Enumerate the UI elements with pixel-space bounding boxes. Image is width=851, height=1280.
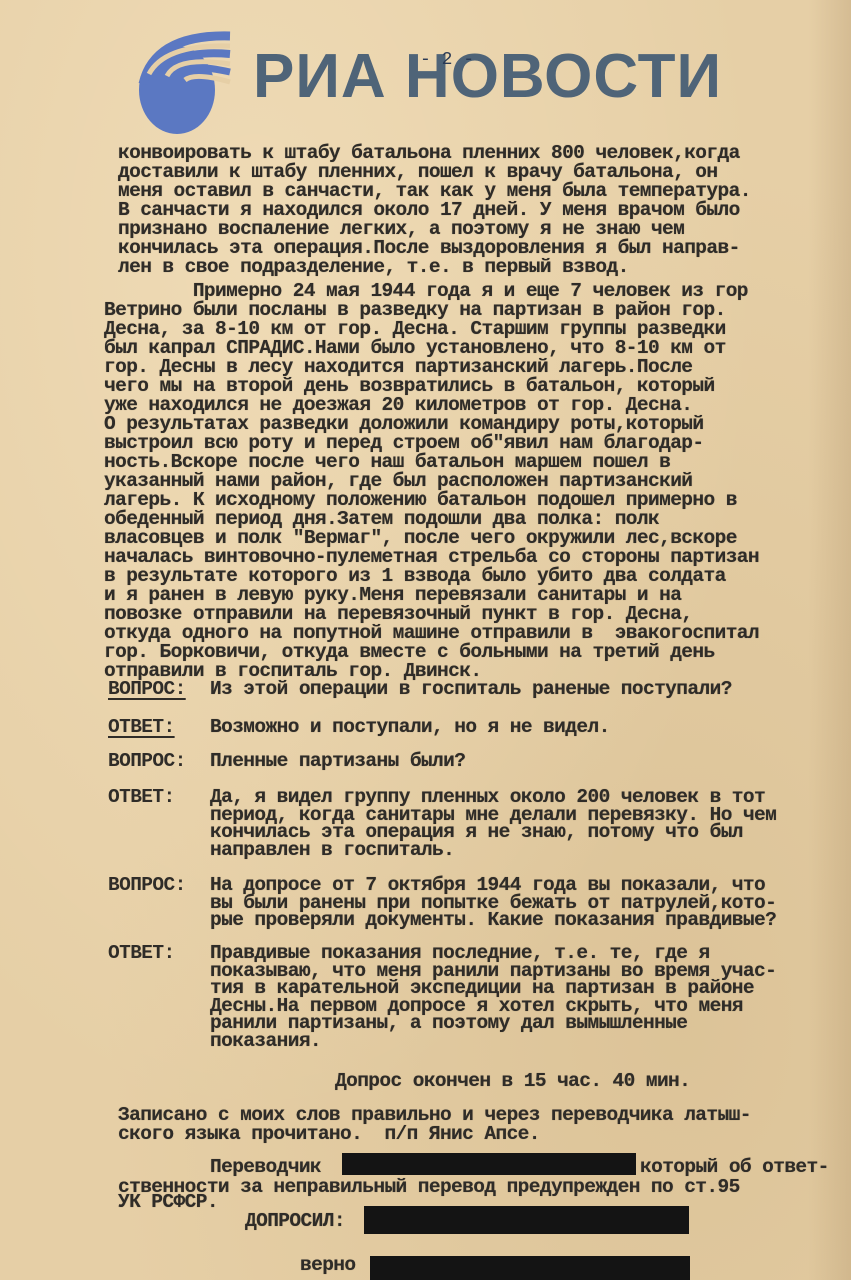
answer-label: ОТВЕТ: — [108, 944, 175, 963]
ria-novosti-logo-icon — [125, 24, 245, 134]
redacted-interrogator-name — [364, 1206, 689, 1234]
question-text: Пленные партизаны были? — [210, 752, 465, 770]
text-line: Правдивые показания последние, т.е. те, … — [210, 944, 776, 962]
question-text: На допросе от 7 октября 1944 года вы пок… — [210, 876, 776, 929]
text-line: Да, я видел группу пленных около 200 чел… — [210, 788, 776, 806]
answer-text: Правдивые показания последние, т.е. те, … — [210, 944, 776, 1049]
text-line: лен в свое подразделение, т.е. в первый … — [118, 258, 751, 277]
interrogation-ended-line: Допрос окончен в 15 час. 40 мин. — [335, 1072, 690, 1091]
text-line: Пленные партизаны были? — [210, 752, 465, 770]
question-text: Из этой операции в госпиталь раненые пос… — [210, 680, 732, 698]
question-label: ВОПРОС: — [108, 876, 186, 895]
text-line: На допросе от 7 октября 1944 года вы пок… — [210, 876, 776, 894]
text-line: рые проверяли документы. Какие показания… — [210, 911, 776, 929]
verified-label: верно — [300, 1256, 356, 1275]
ria-novosti-watermark: РИА НОВОСТИ — [125, 24, 745, 134]
page-number: - 2 - — [420, 50, 474, 70]
translator-label: Переводчик — [210, 1158, 321, 1177]
redacted-verifier-name — [370, 1256, 690, 1280]
text-line: направлен в госпиталь. — [210, 841, 776, 859]
translator-tail: который об ответ- — [640, 1158, 829, 1177]
answer-text: Да, я видел группу пленных около 200 чел… — [210, 788, 776, 858]
text-line: Возможно и поступали, но я не видел. — [210, 718, 610, 736]
text-line: Из этой операции в госпиталь раненые пос… — [210, 680, 732, 698]
paragraph-2: Примерно 24 мая 1944 года я и еще 7 чело… — [104, 282, 759, 681]
redacted-translator-name — [342, 1153, 636, 1175]
question-label: ВОПРОС: — [108, 752, 186, 771]
answer-text: Возможно и поступали, но я не видел. — [210, 718, 610, 736]
answer-label: ОТВЕТ: — [108, 718, 175, 737]
paragraph-1: конвоировать к штабу батальона пленних 8… — [118, 144, 751, 277]
ria-novosti-brand-text: РИА НОВОСТИ — [253, 46, 722, 108]
answer-label: ОТВЕТ: — [108, 788, 175, 807]
text-line: тия в карательной экспедиции на партизан… — [210, 979, 776, 997]
interrogated-by-label: ДОПРОСИЛ: — [245, 1212, 345, 1231]
text-line: показания. — [210, 1032, 776, 1050]
text-line: кончилась эта операция я не знаю, потому… — [210, 823, 776, 841]
translator-responsibility: ственности за неправильный перевод преду… — [118, 1178, 740, 1208]
text-line: ранили партизаны, а поэтому дал вымышлен… — [210, 1014, 776, 1032]
question-label: ВОПРОС: — [108, 680, 186, 699]
text-line: ского языка прочитано. п/п Янис Апсе. — [118, 1125, 751, 1144]
recorded-statement: Записано с моих слов правильно и через п… — [118, 1106, 751, 1144]
